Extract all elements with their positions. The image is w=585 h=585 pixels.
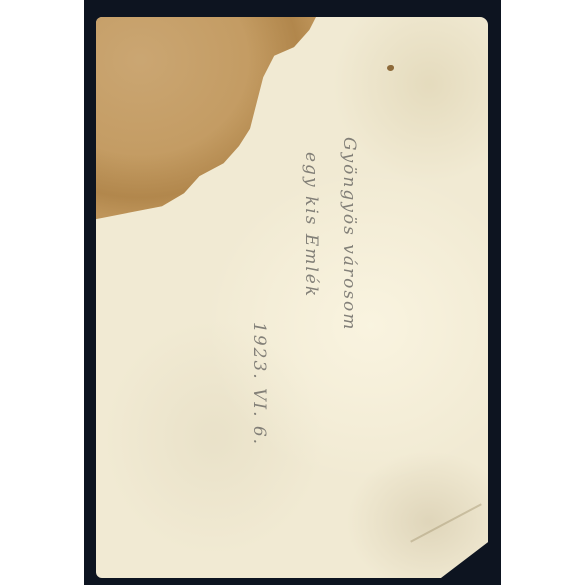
photo-card-back: Gyöngyös városom egy kis Emlék 1923. VI.… <box>96 17 488 578</box>
handwriting-date: 1923. VI. 6. <box>249 322 269 446</box>
handwriting-line-1: Gyöngyös városom <box>339 137 359 331</box>
corner-fold-crease <box>410 503 482 542</box>
stain-spot <box>387 65 394 71</box>
handwriting-line-2: egy kis Emlék <box>301 152 321 298</box>
water-stain-edge <box>96 17 316 232</box>
